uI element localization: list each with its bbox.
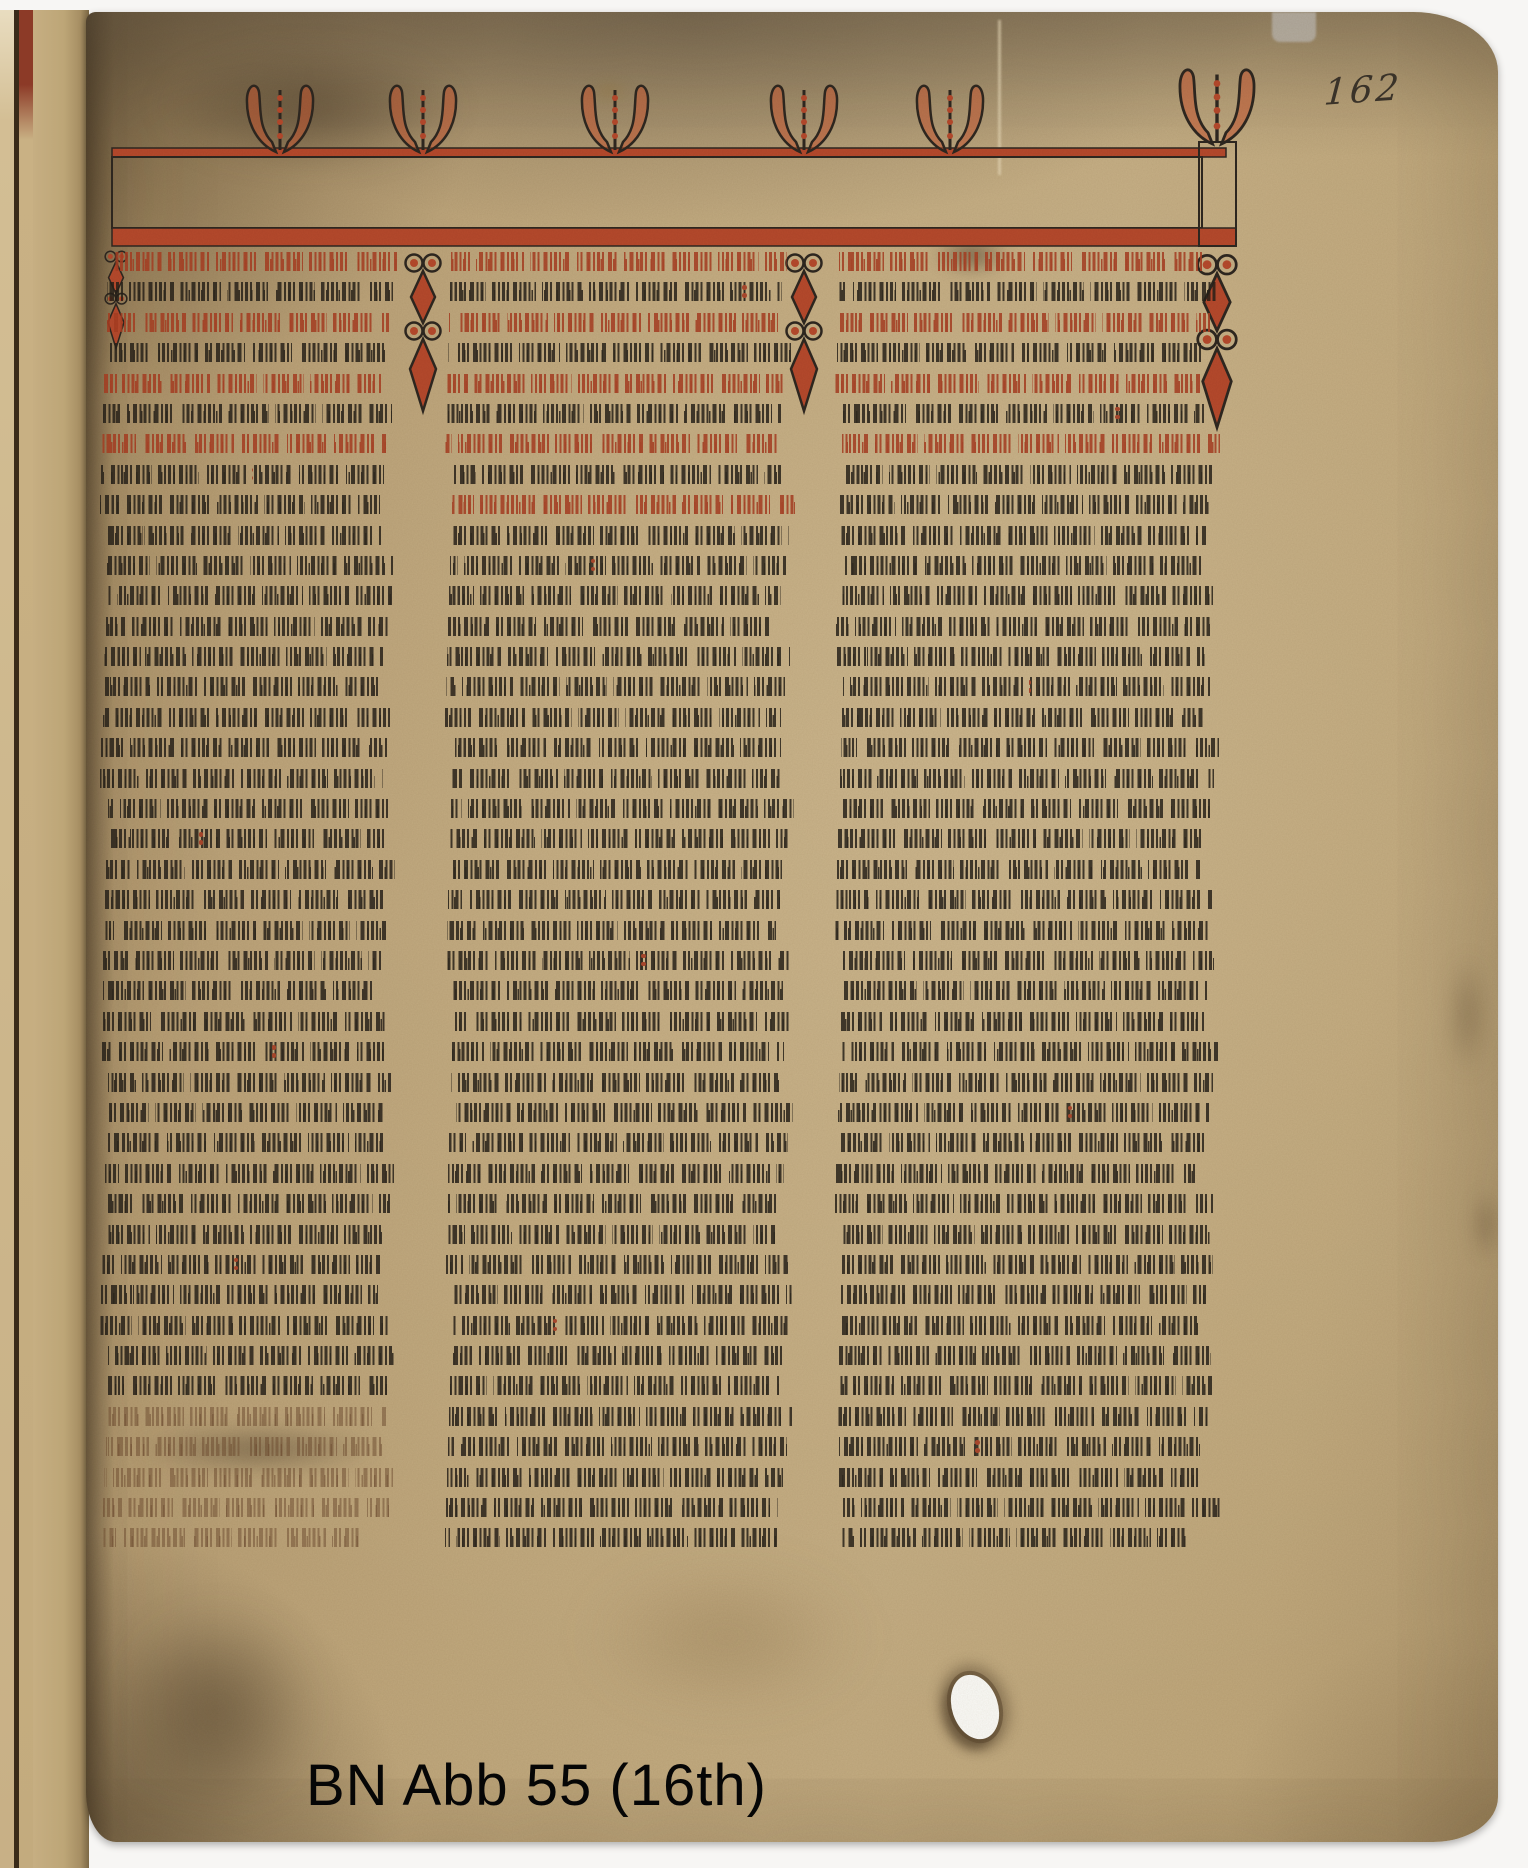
text-line	[101, 738, 387, 757]
text-line	[101, 465, 384, 484]
red-word-divider	[1026, 680, 1031, 685]
stain	[1464, 1172, 1498, 1277]
red-word-divider	[975, 1440, 980, 1445]
text-line	[446, 1225, 775, 1244]
text-line	[448, 1164, 784, 1183]
text-line	[102, 1528, 359, 1547]
text-line	[450, 556, 786, 575]
text-line	[838, 1103, 1209, 1122]
text-line	[101, 1012, 390, 1031]
text-line	[453, 738, 785, 757]
text-line	[843, 1498, 1221, 1517]
red-word-divider	[272, 1045, 277, 1050]
text-line	[103, 951, 383, 970]
book-fore-edge	[33, 10, 89, 1868]
text-line	[842, 1255, 1213, 1274]
text-line	[838, 829, 1205, 848]
text-line	[840, 495, 1211, 514]
text-line	[446, 951, 789, 970]
text-line	[842, 708, 1205, 727]
text-line	[100, 1042, 386, 1061]
text-line	[446, 677, 785, 696]
caption: BN Abb 55 (16th)	[306, 1752, 767, 1819]
text-line	[841, 465, 1215, 484]
text-line	[451, 1073, 780, 1092]
text-line	[108, 526, 385, 545]
text-line	[101, 1285, 378, 1304]
text-line	[835, 374, 1202, 393]
text-line	[451, 1346, 783, 1365]
text-line	[450, 1103, 793, 1122]
text-line	[842, 434, 1220, 453]
text-line	[837, 860, 1200, 879]
text-line	[840, 1042, 1218, 1061]
text-line	[446, 1498, 778, 1517]
text-line	[106, 1407, 386, 1426]
text-line	[836, 890, 1214, 909]
text-line	[836, 1437, 1203, 1456]
parchment-hole	[943, 1669, 1007, 1746]
text-line	[445, 434, 777, 453]
text-line	[103, 1498, 389, 1517]
text-line	[838, 556, 1201, 575]
text-line	[104, 647, 384, 666]
text-line	[449, 1133, 788, 1152]
text-line	[448, 617, 777, 636]
text-line	[448, 1437, 787, 1456]
text-line	[102, 981, 379, 1000]
text-line	[453, 1285, 792, 1304]
text-line	[102, 708, 391, 727]
text-line	[836, 617, 1210, 636]
text-line	[445, 708, 781, 727]
text-line	[107, 829, 384, 848]
text-line	[452, 1316, 788, 1335]
text-line	[445, 1528, 777, 1547]
folio-number: 162	[1323, 67, 1403, 114]
text-line	[835, 921, 1209, 940]
text-line	[841, 1012, 1204, 1031]
text-line	[448, 343, 791, 362]
red-word-divider	[1115, 407, 1120, 412]
text-line	[107, 556, 396, 575]
text-line	[841, 1285, 1208, 1304]
text-line	[843, 951, 1214, 970]
text-line	[106, 860, 395, 879]
text-line	[105, 617, 388, 636]
stain	[1438, 927, 1498, 1102]
text-line	[840, 1316, 1203, 1335]
text-line	[835, 647, 1206, 666]
red-word-divider	[248, 468, 253, 473]
text-line	[103, 677, 380, 696]
text-line	[843, 1225, 1217, 1244]
column-2	[445, 252, 791, 1559]
text-line	[108, 799, 388, 818]
text-line	[449, 860, 785, 879]
text-line	[100, 769, 383, 788]
text-line	[102, 1255, 382, 1274]
text-line	[106, 1133, 383, 1152]
text-line	[445, 1255, 788, 1274]
stain	[526, 1532, 926, 1742]
text-line	[453, 465, 782, 484]
text-line	[449, 1407, 792, 1426]
red-word-divider	[591, 559, 596, 564]
text-line	[100, 1316, 389, 1335]
text-line	[104, 1468, 393, 1487]
column-3	[835, 252, 1217, 1559]
text-line	[106, 586, 392, 605]
text-line	[841, 738, 1219, 757]
text-line	[451, 252, 787, 271]
column-1	[100, 252, 392, 1559]
red-word-divider	[641, 954, 646, 959]
text-line	[108, 1346, 394, 1365]
text-line	[105, 1437, 382, 1456]
cloth-tab	[1272, 12, 1316, 42]
text-line	[104, 921, 387, 940]
text-line	[839, 1073, 1213, 1092]
text-line	[452, 495, 795, 514]
text-line	[838, 282, 1216, 301]
text-line	[447, 1468, 783, 1487]
text-line	[839, 799, 1210, 818]
red-word-divider	[553, 1319, 558, 1324]
text-line	[450, 1376, 779, 1395]
text-line	[840, 769, 1214, 788]
text-line	[835, 1468, 1198, 1487]
red-word-divider	[199, 832, 204, 837]
text-line	[837, 1407, 1208, 1426]
text-line	[837, 1133, 1204, 1152]
text-line	[105, 890, 391, 909]
text-line	[103, 1225, 386, 1244]
text-line	[108, 1073, 391, 1092]
interlace-band	[112, 142, 1236, 246]
text-line	[103, 404, 392, 423]
text-line	[107, 282, 393, 301]
text-line	[447, 374, 786, 393]
text-line	[448, 890, 780, 909]
text-line	[839, 526, 1206, 545]
text-line	[449, 586, 781, 605]
text-line	[838, 1376, 1212, 1395]
stain	[94, 20, 524, 195]
text-line	[843, 404, 1206, 423]
text-line	[104, 374, 381, 393]
text-line	[445, 981, 784, 1000]
text-line	[100, 495, 380, 514]
text-line	[447, 1194, 779, 1213]
text-line	[105, 343, 385, 362]
text-line	[449, 313, 778, 332]
text-line	[836, 343, 1207, 362]
book-leaf-edges	[0, 10, 14, 1868]
manuscript-page: 162 BN Abb 55 (16th)	[86, 12, 1498, 1842]
text-line	[447, 647, 790, 666]
text-line	[450, 829, 789, 848]
text-line	[451, 799, 794, 818]
text-line	[837, 586, 1215, 605]
text-line	[108, 252, 397, 271]
text-line	[842, 981, 1209, 1000]
text-line	[835, 1194, 1213, 1213]
text-line	[450, 282, 782, 301]
text-line	[837, 313, 1211, 332]
text-line	[452, 769, 781, 788]
text-line	[106, 313, 389, 332]
red-word-divider	[1068, 1106, 1073, 1111]
text-line	[836, 1164, 1199, 1183]
text-line	[447, 921, 776, 940]
text-line	[843, 677, 1210, 696]
text-line	[107, 1103, 387, 1122]
text-line	[105, 1164, 394, 1183]
text-line	[107, 1376, 390, 1395]
red-word-divider	[234, 1258, 239, 1263]
scratch-mark	[998, 20, 1001, 175]
text-line	[839, 1346, 1217, 1365]
text-line	[842, 1528, 1186, 1547]
text-line	[446, 404, 782, 423]
red-edge-fragment	[19, 10, 33, 1868]
text-line	[839, 252, 1202, 271]
text-line	[452, 1042, 784, 1061]
finial-ornament-icon	[247, 70, 1254, 152]
text-line	[102, 434, 388, 453]
stain	[581, 76, 637, 106]
text-line	[453, 1012, 789, 1031]
red-word-divider	[742, 285, 747, 290]
text-line	[451, 526, 790, 545]
text-line	[104, 1194, 390, 1213]
